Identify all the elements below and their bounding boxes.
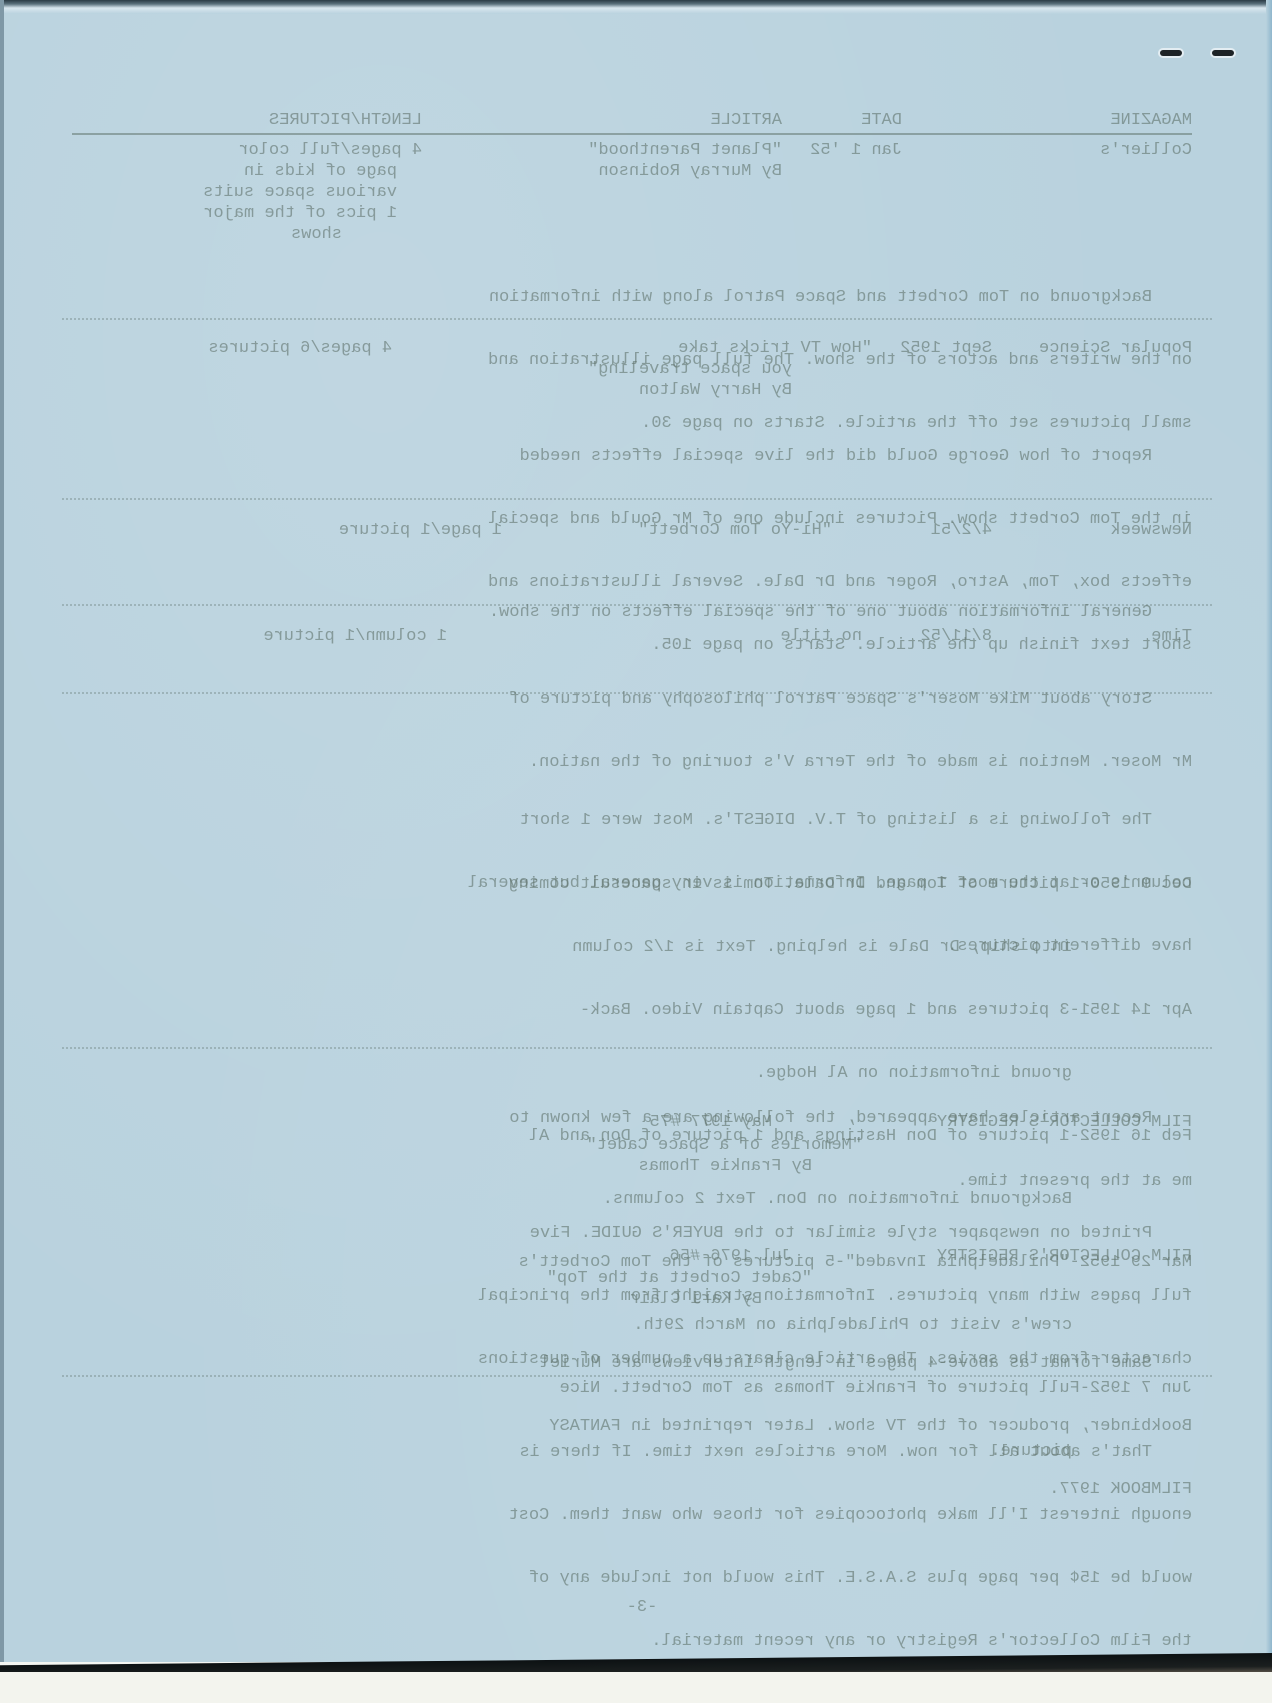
list-item-cont: into ship, Dr Dale is helping. Text is 1… — [72, 937, 1192, 958]
entry-length: 1 column/1 picture — [263, 626, 447, 647]
divider — [62, 1047, 1212, 1052]
divider — [62, 692, 1212, 697]
entry-article: no title — [780, 626, 862, 647]
entry-magazine: Collier's — [1100, 140, 1192, 161]
entry-length: shows — [291, 224, 342, 245]
entry-date: Jul 1976 #56 — [670, 1246, 792, 1267]
entry-article: "Cadet Corbett at the Top" — [547, 1268, 812, 1289]
note-line: Same format as above-4 pages in length i… — [72, 1353, 1192, 1374]
entry-author: By Frankie Thomas — [639, 1156, 812, 1177]
entry-article: "Hi-Yo Tom Corbett" — [638, 520, 832, 541]
entry-date: Jan 1 '52 — [810, 140, 902, 161]
page-number: -3- — [612, 1597, 672, 1618]
show-through-text: MAGAZINE DATE ARTICLE LENGTH/PICTURES Co… — [0, 0, 1272, 1662]
paragraph-line: That's about all for now. More articles … — [72, 1442, 1192, 1463]
entry-magazine: Popular Science — [1039, 338, 1192, 359]
header-length-pictures: LENGTH/PICTURES — [269, 110, 422, 131]
entry-date: 8/11/52 — [921, 626, 992, 647]
paragraph-line: The following is a listing of T.V. DIGES… — [72, 810, 1192, 831]
entry-length: 1 page/1 picture — [339, 520, 502, 541]
divider — [62, 498, 1212, 503]
list-item: Dec 9 1950-1 picture of Tom and Dr Dale.… — [72, 874, 1192, 895]
paragraph-line: enough interest I'll make photocopies fo… — [72, 1505, 1192, 1526]
entry-date: May 1977 #75 — [650, 1112, 772, 1133]
list-item: Apr 14 1951-3 pictures and 1 page about … — [72, 1000, 1192, 1021]
divider — [62, 604, 1212, 609]
divider — [62, 1375, 1212, 1380]
note-line: Printed on newspaper style similar to th… — [72, 1223, 1192, 1244]
header-rule — [72, 133, 1192, 135]
table-header: MAGAZINE DATE ARTICLE LENGTH/PICTURES — [62, 110, 1192, 132]
header-article: ARTICLE — [711, 110, 782, 131]
entry-article: you space traveling" — [588, 359, 792, 380]
entry-article: "Planet Parenthood" — [588, 140, 782, 161]
entry-date: Sept 1952 — [900, 338, 992, 359]
divider — [62, 318, 1212, 323]
entry-author: By Murray Robinson — [598, 161, 782, 182]
note-line: Report of how George Gould did the live … — [72, 446, 1192, 467]
entry-length: 4 pages/6 pictures — [208, 338, 392, 359]
paragraph-line: would be 15¢ per page plus S.A.S.E. This… — [72, 1568, 1192, 1589]
paragraph-line: the Film Collector's Registry or any rec… — [72, 1631, 1192, 1652]
entry-length: page of kids in — [244, 161, 397, 182]
entry-magazine: Newsweek — [1110, 520, 1192, 541]
entry-magazine: Time — [1151, 626, 1192, 647]
header-date: DATE — [861, 110, 902, 131]
entry-article: "Memories of a Space Cadet" — [587, 1135, 862, 1156]
note-line: Background on Tom Corbett and Space Patr… — [72, 287, 1192, 308]
entry-author: By Kari Clair — [629, 1289, 762, 1310]
entry-article: "How TV tricks take — [678, 338, 872, 359]
entry-magazine: FILM COLLECTOR'S REGISTRY — [937, 1112, 1192, 1133]
entry-author: By Harry Walton — [639, 380, 792, 401]
paper-sheet: MAGAZINE DATE ARTICLE LENGTH/PICTURES Co… — [0, 0, 1272, 1662]
closing-paragraph: That's about all for now. More articles … — [72, 1400, 1192, 1694]
background-sheet — [0, 1672, 1272, 1703]
entry-length: various space suits — [203, 182, 397, 203]
entry-length: 1 pics of the major — [203, 203, 397, 224]
header-magazine: MAGAZINE — [1110, 110, 1192, 131]
entry-date: 4/2/51 — [931, 520, 992, 541]
entry-magazine: FILM COLLECTOR'S REGISTRY — [937, 1246, 1192, 1267]
entry-length: 4 pages/full color — [238, 140, 422, 161]
